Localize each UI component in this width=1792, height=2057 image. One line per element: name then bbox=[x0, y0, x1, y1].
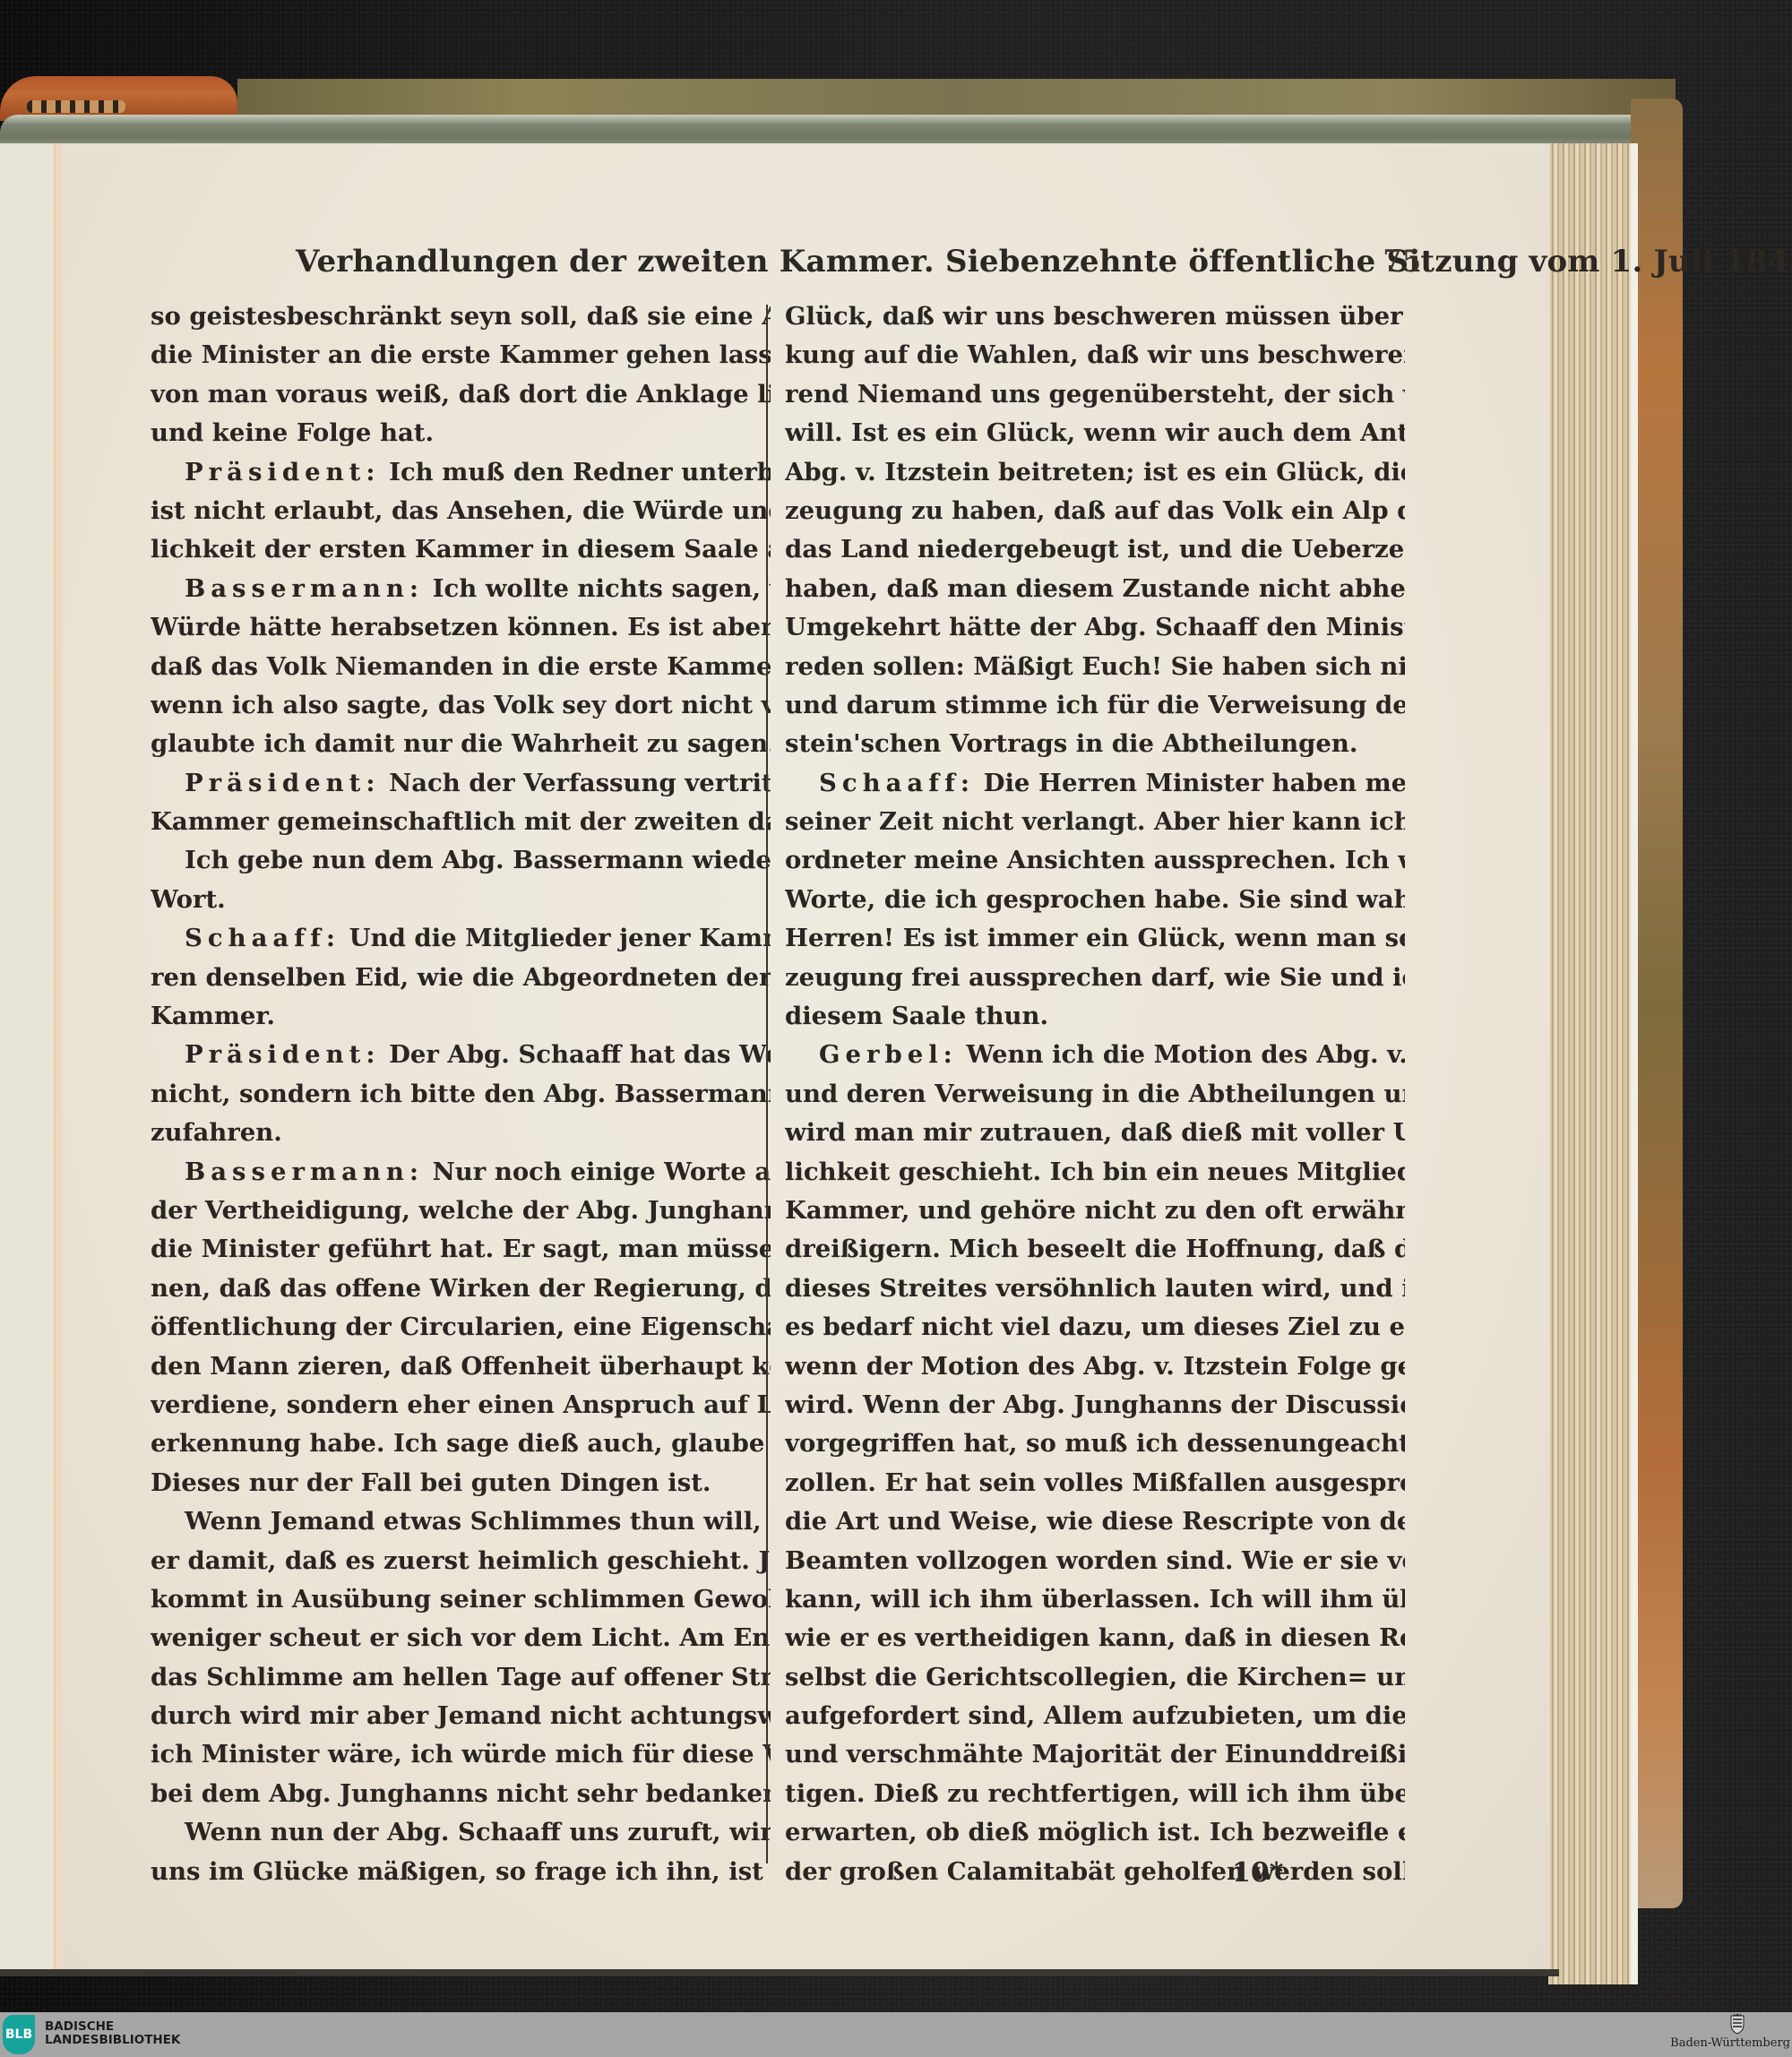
line-text: haben, daß man diesem Zustande nicht abh… bbox=[785, 574, 1405, 603]
line-text: tigen. Dieß zu rechtfertigen, will ich i… bbox=[785, 1779, 1405, 1808]
text-line: nen, daß das offene Wirken der Regierung… bbox=[151, 1269, 771, 1308]
text-line: ordneter meine Ansichten aussprechen. Ic… bbox=[785, 841, 1405, 880]
blb-logo[interactable]: BLB bbox=[3, 2015, 35, 2054]
text-line: Umgekehrt hätte der Abg. Schaaff den Min… bbox=[785, 608, 1405, 647]
text-line: will. Ist es ein Glück, wenn wir auch de… bbox=[785, 414, 1405, 452]
viewer-footer-bar bbox=[0, 2012, 1792, 2057]
line-text: Wenn nun der Abg. Schaaff uns zuruft, wi… bbox=[185, 1818, 771, 1846]
text-line: tigen. Dieß zu rechtfertigen, will ich i… bbox=[785, 1775, 1405, 1813]
text-line: das Schlimme am hellen Tage auf offener … bbox=[151, 1658, 771, 1697]
line-text: Worte, die ich gesprochen habe. Sie sind… bbox=[785, 885, 1405, 914]
line-text: der großen Calamitabät geholfen werden s… bbox=[785, 1857, 1405, 1886]
text-line: lichkeit geschieht. Ich bin ein neues Mi… bbox=[785, 1153, 1405, 1192]
line-text: Wenn Jemand etwas Schlimmes thun will, b… bbox=[185, 1507, 771, 1536]
line-text: reden sollen: Mäßigt Euch! Sie haben sic… bbox=[785, 652, 1405, 681]
line-text: zollen. Er hat sein volles Mißfallen aus… bbox=[785, 1468, 1405, 1497]
line-text: Würde hätte herabsetzen können. Es ist a… bbox=[151, 613, 771, 641]
line-text: Nur noch einige Worte auf die Rede bbox=[433, 1158, 771, 1186]
line-text: Kammer. bbox=[151, 1002, 275, 1030]
line-text: und verschmähte Majorität der Einunddrei… bbox=[785, 1740, 1405, 1769]
line-text: will. Ist es ein Glück, wenn wir auch de… bbox=[785, 418, 1405, 447]
text-column-left: so geistesbeschränkt seyn soll, daß sie … bbox=[151, 297, 771, 1891]
line-text: wenn ich also sagte, das Volk sey dort n… bbox=[151, 691, 771, 719]
text-line: wird man mir zutrauen, daß dieß mit voll… bbox=[785, 1114, 1405, 1152]
text-line: aufgefordert sind, Allem aufzubieten, um… bbox=[785, 1697, 1405, 1735]
line-text: Herren! Es ist immer ein Glück, wenn man… bbox=[785, 924, 1405, 952]
text-line: von man voraus weiß, daß dort die Anklag… bbox=[151, 375, 771, 414]
speaker-name: Bassermann: bbox=[185, 574, 424, 603]
blb-library-name-line1: BADISCHE bbox=[45, 2020, 180, 2034]
text-line: Würde hätte herabsetzen können. Es ist a… bbox=[151, 608, 771, 647]
column-divider-rule bbox=[766, 305, 768, 1863]
text-line: dieses Streites versöhnlich lauten wird,… bbox=[785, 1269, 1405, 1308]
line-text: und darum stimme ich für die Verweisung … bbox=[785, 691, 1405, 719]
line-text: erkennung habe. Ich sage dieß auch, glau… bbox=[151, 1429, 771, 1458]
text-line: Gerbel: Wenn ich die Motion des Abg. v. … bbox=[785, 1036, 1405, 1074]
text-line: die Minister an die erste Kammer gehen l… bbox=[151, 336, 771, 374]
line-text: verdiene, sondern eher einen Anspruch au… bbox=[151, 1390, 771, 1419]
line-text: Der Abg. Schaaff hat das Wort bbox=[389, 1040, 771, 1069]
line-text: zufahren. bbox=[151, 1118, 282, 1147]
line-text: der Vertheidigung, welche der Abg. Jungh… bbox=[151, 1196, 771, 1225]
blb-logo-mark: BLB bbox=[5, 2027, 32, 2042]
text-line: haben, daß man diesem Zustande nicht abh… bbox=[785, 570, 1405, 608]
text-line: öffentlichung der Circularien, eine Eige… bbox=[151, 1308, 771, 1347]
line-text: lichkeit der ersten Kammer in diesem Saa… bbox=[151, 535, 771, 564]
line-text: Wort. bbox=[151, 885, 226, 914]
line-text: und keine Folge hat. bbox=[151, 418, 434, 447]
text-line: wenn ich also sagte, das Volk sey dort n… bbox=[151, 686, 771, 725]
line-text: rend Niemand uns gegenübersteht, der sic… bbox=[785, 380, 1405, 409]
text-line: er damit, daß es zuerst heimlich geschie… bbox=[151, 1542, 771, 1580]
text-line: selbst die Gerichtscollegien, die Kirche… bbox=[785, 1658, 1405, 1697]
line-text: von man voraus weiß, daß dort die Anklag… bbox=[151, 380, 771, 409]
speaker-name: Schaaff: bbox=[185, 924, 340, 952]
line-text: öffentlichung der Circularien, eine Eige… bbox=[151, 1313, 771, 1341]
book-gutter bbox=[54, 143, 61, 1971]
text-line: der großen Calamitabät geholfen werden s… bbox=[785, 1853, 1405, 1891]
text-line: Schaaff: Und die Mitglieder jener Kammer… bbox=[151, 919, 771, 958]
line-text: Umgekehrt hätte der Abg. Schaaff den Min… bbox=[785, 613, 1405, 641]
book-cover-board-top bbox=[237, 79, 1676, 116]
text-line: Abg. v. Itzstein beitreten; ist es ein G… bbox=[785, 453, 1405, 492]
line-text: kommt in Ausübung seiner schlimmen Gewoh… bbox=[151, 1585, 771, 1614]
speaker-name: Präsident: bbox=[185, 1040, 381, 1069]
line-text: kung auf die Wahlen, daß wir uns beschwe… bbox=[785, 340, 1405, 369]
line-text: und deren Verweisung in die Abtheilungen… bbox=[785, 1080, 1405, 1108]
text-line: so geistesbeschränkt seyn soll, daß sie … bbox=[151, 297, 771, 336]
text-line: Beamten vollzogen worden sind. Wie er si… bbox=[785, 1542, 1405, 1580]
text-line: es bedarf nicht viel dazu, um dieses Zie… bbox=[785, 1308, 1405, 1347]
running-head: Verhandlungen der zweiten Kammer. Sieben… bbox=[296, 244, 1308, 280]
line-text: ordneter meine Ansichten aussprechen. Ic… bbox=[785, 846, 1405, 874]
text-line: ist nicht erlaubt, das Ansehen, die Würd… bbox=[151, 492, 771, 530]
line-text: seiner Zeit nicht verlangt. Aber hier ka… bbox=[785, 807, 1405, 836]
text-line: Ich gebe nun dem Abg. Bassermann wieder … bbox=[151, 841, 771, 880]
text-line: Worte, die ich gesprochen habe. Sie sind… bbox=[785, 881, 1405, 919]
text-line: glaubte ich damit nur die Wahrheit zu sa… bbox=[151, 725, 771, 763]
line-text: erwarten, ob dieß möglich ist. Ich bezwe… bbox=[785, 1818, 1405, 1846]
book-page-block-top bbox=[0, 115, 1640, 147]
line-text: diesem Saale thun. bbox=[785, 1002, 1048, 1030]
line-text: nen, daß das offene Wirken der Regierung… bbox=[151, 1274, 771, 1303]
text-line: kann, will ich ihm überlassen. Ich will … bbox=[785, 1580, 1405, 1619]
blb-library-name[interactable]: BADISCHE LANDESBIBLIOTHEK bbox=[45, 2020, 180, 2047]
line-text: weniger scheut er sich vor dem Licht. Am… bbox=[151, 1623, 771, 1652]
line-text: Kammer, und gehöre nicht zu den oft erwä… bbox=[785, 1196, 1405, 1225]
line-text: Nach der Verfassung vertritt die erste bbox=[389, 769, 771, 797]
line-text: die Minister geführt hat. Er sagt, man m… bbox=[151, 1235, 771, 1263]
text-line: Präsident: Nach der Verfassung vertritt … bbox=[151, 764, 771, 803]
line-text: lichkeit geschieht. Ich bin ein neues Mi… bbox=[785, 1158, 1405, 1186]
line-text: wird man mir zutrauen, daß dieß mit voll… bbox=[785, 1118, 1405, 1147]
text-line: wenn der Motion des Abg. v. Itzstein Fol… bbox=[785, 1347, 1405, 1386]
text-line: der Vertheidigung, welche der Abg. Jungh… bbox=[151, 1192, 771, 1230]
line-text: die Minister an die erste Kammer gehen l… bbox=[151, 340, 771, 369]
spine-headband bbox=[27, 100, 125, 113]
line-text: dreißigern. Mich beseelt die Hoffnung, d… bbox=[785, 1235, 1405, 1263]
text-line: kommt in Ausübung seiner schlimmen Gewoh… bbox=[151, 1580, 771, 1619]
text-line: dreißigern. Mich beseelt die Hoffnung, d… bbox=[785, 1230, 1405, 1269]
text-line: wird. Wenn der Abg. Junghanns der Discus… bbox=[785, 1386, 1405, 1424]
text-line: uns im Glücke mäßigen, so frage ich ihn,… bbox=[151, 1853, 771, 1891]
text-line: stein'schen Vortrags in die Abtheilungen… bbox=[785, 725, 1405, 763]
line-text: nicht, sondern ich bitte den Abg. Basser… bbox=[151, 1080, 771, 1108]
line-text: ist nicht erlaubt, das Ansehen, die Würd… bbox=[151, 496, 771, 525]
text-line: ren denselben Eid, wie die Abgeordneten … bbox=[151, 959, 771, 997]
text-line: und verschmähte Majorität der Einunddrei… bbox=[785, 1735, 1405, 1774]
text-line: die Art und Weise, wie diese Rescripte v… bbox=[785, 1502, 1405, 1541]
baden-wuerttemberg-label[interactable]: Baden-Württemberg bbox=[1670, 2036, 1790, 2050]
text-line: das Land niedergebeugt ist, und die Uebe… bbox=[785, 530, 1405, 569]
facing-page-edge bbox=[0, 143, 56, 1971]
line-text: ren denselben Eid, wie die Abgeordneten … bbox=[151, 963, 771, 992]
line-text: Abg. v. Itzstein beitreten; ist es ein G… bbox=[785, 458, 1405, 486]
text-line: Präsident: Ich muß den Redner unterbrech… bbox=[151, 453, 771, 492]
text-line: Wenn nun der Abg. Schaaff uns zuruft, wi… bbox=[151, 1813, 771, 1852]
text-line: rend Niemand uns gegenübersteht, der sic… bbox=[785, 375, 1405, 414]
text-line: Dieses nur der Fall bei guten Dingen ist… bbox=[151, 1464, 771, 1502]
line-text: wenn der Motion des Abg. v. Itzstein Fol… bbox=[785, 1352, 1405, 1381]
line-text: glaubte ich damit nur die Wahrheit zu sa… bbox=[151, 729, 771, 758]
text-line: ich Minister wäre, ich würde mich für di… bbox=[151, 1735, 771, 1774]
line-text: Dieses nur der Fall bei guten Dingen ist… bbox=[151, 1468, 711, 1497]
line-text: Beamten vollzogen worden sind. Wie er si… bbox=[785, 1546, 1405, 1575]
page-bottom-shadow bbox=[0, 1969, 1559, 1976]
text-line: Präsident: Der Abg. Schaaff hat das Wort bbox=[151, 1036, 771, 1074]
line-text: er damit, daß es zuerst heimlich geschie… bbox=[151, 1546, 771, 1575]
text-line: Wenn Jemand etwas Schlimmes thun will, b… bbox=[151, 1502, 771, 1541]
line-text: kann, will ich ihm überlassen. Ich will … bbox=[785, 1585, 1405, 1614]
line-text: bei dem Abg. Junghanns nicht sehr bedank… bbox=[151, 1779, 771, 1808]
line-text: den Mann zieren, daß Offenheit überhaupt… bbox=[151, 1352, 771, 1381]
line-text: Ich wollte nichts sagen, was diese bbox=[433, 574, 771, 603]
text-line: erwarten, ob dieß möglich ist. Ich bezwe… bbox=[785, 1813, 1405, 1852]
text-line: Kammer. bbox=[151, 997, 771, 1036]
text-line: durch wird mir aber Jemand nicht achtung… bbox=[151, 1697, 771, 1735]
line-text: zeugung frei aussprechen darf, wie Sie u… bbox=[785, 963, 1405, 992]
line-text: Kammer gemeinschaftlich mit der zweiten … bbox=[151, 807, 771, 836]
line-text: Ich muß den Redner unterbrechen. Es bbox=[389, 458, 771, 486]
line-text: Die Herren Minister haben meinen Rath bbox=[984, 769, 1405, 797]
text-line: Schaaff: Die Herren Minister haben meine… bbox=[785, 764, 1405, 803]
blb-library-name-line2: LANDESBIBLIOTHEK bbox=[45, 2034, 180, 2047]
text-line: weniger scheut er sich vor dem Licht. Am… bbox=[151, 1619, 771, 1657]
line-text: daß das Volk Niemanden in die erste Kamm… bbox=[151, 652, 771, 681]
speaker-name: Präsident: bbox=[185, 458, 381, 486]
text-line: Kammer gemeinschaftlich mit der zweiten … bbox=[151, 803, 771, 841]
text-line: Glück, daß wir uns beschweren müssen übe… bbox=[785, 297, 1405, 336]
text-line: die Minister geführt hat. Er sagt, man m… bbox=[151, 1230, 771, 1269]
text-line: zeugung frei aussprechen darf, wie Sie u… bbox=[785, 959, 1405, 997]
line-text: so geistesbeschränkt seyn soll, daß sie … bbox=[151, 302, 771, 331]
signature-mark: 10* bbox=[1232, 1857, 1283, 1889]
line-text: uns im Glücke mäßigen, so frage ich ihn,… bbox=[151, 1857, 771, 1886]
text-line: verdiene, sondern eher einen Anspruch au… bbox=[151, 1386, 771, 1424]
book-page-edges bbox=[1548, 143, 1638, 1984]
book-cover-board-right bbox=[1631, 99, 1683, 1908]
line-text: die Art und Weise, wie diese Rescripte v… bbox=[785, 1507, 1405, 1536]
text-line: vorgegriffen hat, so muß ich dessenungea… bbox=[785, 1424, 1405, 1463]
line-text: stein'schen Vortrags in die Abtheilungen… bbox=[785, 729, 1357, 758]
text-line: Bassermann: Ich wollte nichts sagen, was… bbox=[151, 570, 771, 608]
line-text: Und die Mitglieder jener Kammer schwö= bbox=[349, 924, 771, 952]
text-line: erkennung habe. Ich sage dieß auch, glau… bbox=[151, 1424, 771, 1463]
line-text: aufgefordert sind, Allem aufzubieten, um… bbox=[785, 1701, 1405, 1730]
text-line: den Mann zieren, daß Offenheit überhaupt… bbox=[151, 1347, 771, 1386]
line-text: ich Minister wäre, ich würde mich für di… bbox=[151, 1740, 771, 1769]
text-line: zollen. Er hat sein volles Mißfallen aus… bbox=[785, 1464, 1405, 1502]
text-line: Kammer, und gehöre nicht zu den oft erwä… bbox=[785, 1192, 1405, 1230]
text-line: wie er es vertheidigen kann, daß in dies… bbox=[785, 1619, 1405, 1657]
coat-of-arms-icon bbox=[1729, 2013, 1745, 2035]
speaker-name: Bassermann: bbox=[185, 1158, 424, 1186]
text-line: lichkeit der ersten Kammer in diesem Saa… bbox=[151, 530, 771, 569]
text-line: zufahren. bbox=[151, 1114, 771, 1152]
line-text: selbst die Gerichtscollegien, die Kirche… bbox=[785, 1663, 1405, 1691]
line-text: zeugung zu haben, daß auf das Volk ein A… bbox=[785, 496, 1405, 525]
speaker-name: Schaaff: bbox=[819, 769, 975, 797]
text-line: bei dem Abg. Junghanns nicht sehr bedank… bbox=[151, 1775, 771, 1813]
speaker-name: Gerbel: bbox=[819, 1040, 958, 1069]
text-line: reden sollen: Mäßigt Euch! Sie haben sic… bbox=[785, 648, 1405, 686]
line-text: vorgegriffen hat, so muß ich dessenungea… bbox=[785, 1429, 1405, 1458]
line-text: wird. Wenn der Abg. Junghanns der Discus… bbox=[785, 1390, 1405, 1419]
text-line: seiner Zeit nicht verlangt. Aber hier ka… bbox=[785, 803, 1405, 841]
text-line: Bassermann: Nur noch einige Worte auf di… bbox=[151, 1153, 771, 1192]
line-text: dieses Streites versöhnlich lauten wird,… bbox=[785, 1274, 1405, 1303]
text-column-right: Glück, daß wir uns beschweren müssen übe… bbox=[785, 297, 1405, 1891]
line-text: durch wird mir aber Jemand nicht achtung… bbox=[151, 1701, 771, 1730]
line-text: Ich gebe nun dem Abg. Bassermann wieder … bbox=[185, 846, 771, 874]
page-number: 75 bbox=[1383, 244, 1421, 280]
line-text: wie er es vertheidigen kann, daß in dies… bbox=[785, 1623, 1405, 1652]
line-text: es bedarf nicht viel dazu, um dieses Zie… bbox=[785, 1313, 1405, 1341]
text-line: und keine Folge hat. bbox=[151, 414, 771, 452]
text-line: und darum stimme ich für die Verweisung … bbox=[785, 686, 1405, 725]
text-line: diesem Saale thun. bbox=[785, 997, 1405, 1036]
text-line: und deren Verweisung in die Abtheilungen… bbox=[785, 1075, 1405, 1114]
line-text: Glück, daß wir uns beschweren müssen übe… bbox=[785, 302, 1405, 331]
speaker-name: Präsident: bbox=[185, 769, 381, 797]
text-line: Wort. bbox=[151, 881, 771, 919]
line-text: das Schlimme am hellen Tage auf offener … bbox=[151, 1663, 771, 1691]
text-line: zeugung zu haben, daß auf das Volk ein A… bbox=[785, 492, 1405, 530]
text-line: Herren! Es ist immer ein Glück, wenn man… bbox=[785, 919, 1405, 958]
text-line: daß das Volk Niemanden in die erste Kamm… bbox=[151, 648, 771, 686]
text-line: kung auf die Wahlen, daß wir uns beschwe… bbox=[785, 336, 1405, 374]
line-text: das Land niedergebeugt ist, und die Uebe… bbox=[785, 535, 1405, 564]
line-text: Wenn ich die Motion des Abg. v. Itzstein bbox=[966, 1040, 1405, 1069]
text-line: nicht, sondern ich bitte den Abg. Basser… bbox=[151, 1075, 771, 1114]
